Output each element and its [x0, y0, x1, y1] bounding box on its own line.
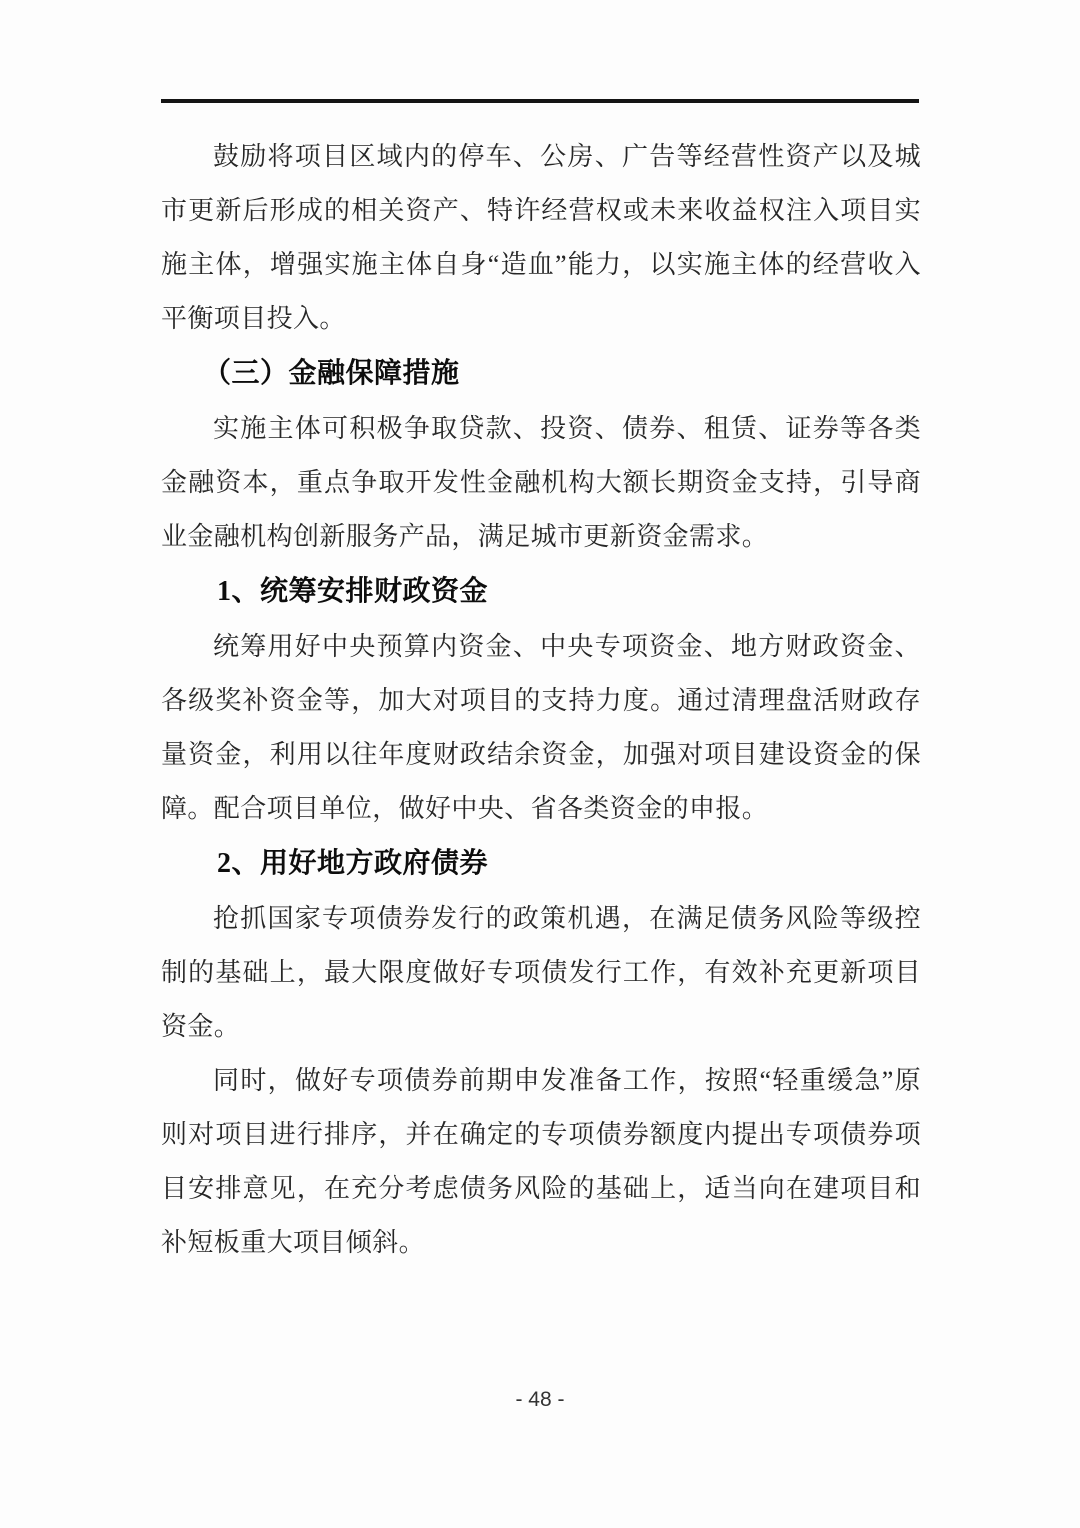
paragraph-financial-capital: 实施主体可积极争取贷款、投资、债券、租赁、证券等各类金融资本，重点争取开发性金融…	[161, 402, 921, 564]
subsection-heading-fiscal-funds: 1、统筹安排财政资金	[161, 564, 921, 620]
section-heading-financial-safeguards: （三）金融保障措施	[161, 346, 921, 402]
document-body: 鼓励将项目区域内的停车、公房、广告等经营性资产以及城市更新后形成的相关资产、特许…	[161, 130, 921, 1270]
paragraph-special-bonds-opportunity: 抢抓国家专项债券发行的政策机遇，在满足债务风险等级控制的基础上，最大限度做好专项…	[161, 892, 921, 1054]
paragraph-operating-assets: 鼓励将项目区域内的停车、公房、广告等经营性资产以及城市更新后形成的相关资产、特许…	[161, 130, 921, 346]
paragraph-fiscal-funds-detail: 统筹用好中央预算内资金、中央专项资金、地方财政资金、各级奖补资金等，加大对项目的…	[161, 620, 921, 836]
page-number: - 48 -	[0, 1388, 1080, 1412]
document-page: 鼓励将项目区域内的停车、公房、广告等经营性资产以及城市更新后形成的相关资产、特许…	[0, 0, 1080, 1528]
header-rule	[161, 99, 919, 103]
paragraph-special-bonds-preparation: 同时，做好专项债券前期申发准备工作，按照“轻重缓急”原则对项目进行排序，并在确定…	[161, 1054, 921, 1270]
subsection-heading-local-government-bonds: 2、用好地方政府债券	[161, 836, 921, 892]
